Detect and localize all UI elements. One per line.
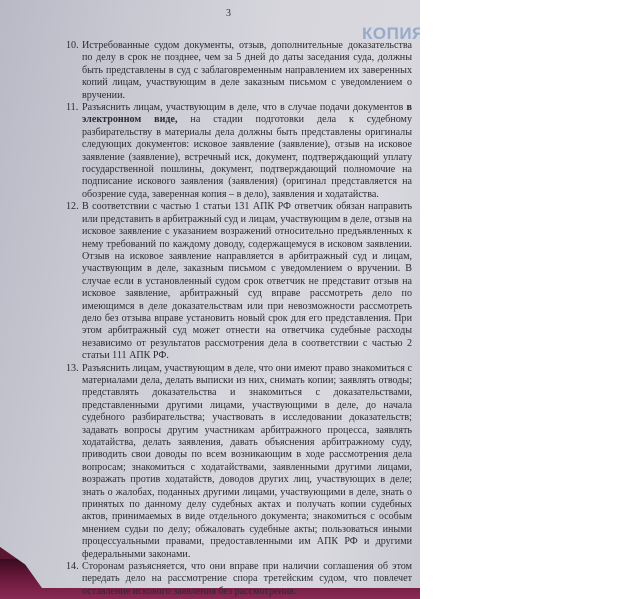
clause-number: 12. [66,201,79,213]
clause-12: 12. В соответствии с частью 1 статьи 131… [70,201,412,362]
document-photo: 3 КОПИЯ 10. Истребованные судом документ… [0,0,420,599]
clause-10: 10. Истребованные судом документы, отзыв… [70,40,412,102]
clause-text: В соответствии с частью 1 статьи 131 АПК… [82,201,412,361]
clause-number: 14. [66,561,79,573]
clause-text: Разъяснить лицам, участвующим в деле, чт… [82,102,412,200]
clause-text-end: на стадии подготовки дела к судебному ра… [82,114,412,199]
clause-number: 11. [66,102,78,114]
clause-text: Истребованные судом документы, отзыв, до… [82,40,412,101]
document-content: 3 КОПИЯ 10. Истребованные судом документ… [0,0,420,599]
blank-area [420,0,628,599]
clause-text: Разъяснить лицам, участвующим в деле, чт… [82,363,412,560]
clause-text: Сторонам разъясняется, что они вправе пр… [82,561,412,597]
page-number: 3 [226,8,231,19]
numbered-clauses: 10. Истребованные судом документы, отзыв… [70,40,412,598]
clause-11: 11. Разъяснить лицам, участвующим в деле… [70,102,412,201]
clause-text-start: Разъяснить лицам, участвующим в деле, чт… [82,102,407,113]
clause-number: 13. [66,363,79,375]
clause-number: 10. [66,40,79,52]
clause-13: 13. Разъяснить лицам, участвующим в деле… [70,363,412,562]
clause-14: 14. Сторонам разъясняется, что они вправ… [70,561,412,598]
